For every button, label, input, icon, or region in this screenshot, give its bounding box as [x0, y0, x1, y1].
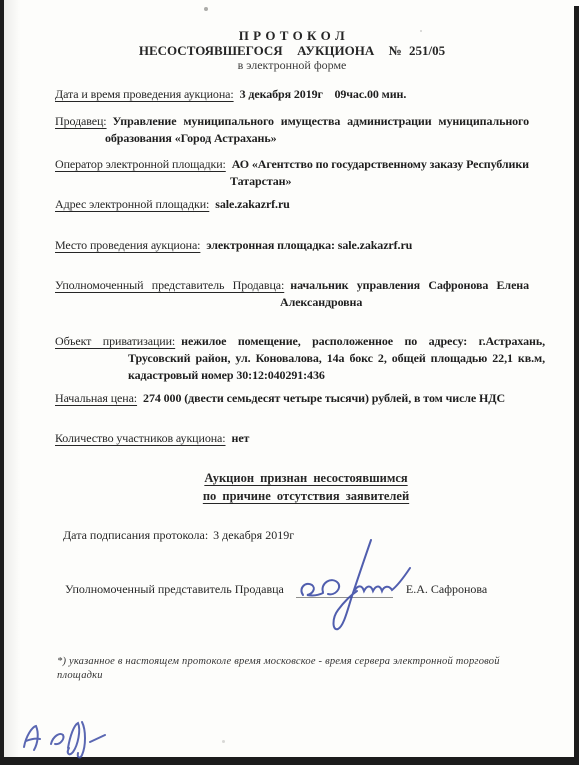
field-value: начальник управления Сафронова Елена Але…	[280, 278, 529, 309]
field-label: Объект приватизации:	[55, 334, 175, 348]
field-value: Управление муниципального имущества адми…	[105, 114, 529, 145]
title-electronic-form: в электронной форме	[55, 58, 529, 73]
field-auction-place: Место проведения аукциона:электронная пл…	[55, 237, 529, 254]
resolution-line-1: Аукцион признан несостоявшимся	[69, 469, 543, 487]
document-page: П Р О Т О К О Л НЕСОСТОЯВШЕГОСЯ АУКЦИОНА…	[0, 0, 579, 765]
field-label: Дата подписания протокола:	[63, 528, 208, 542]
field-label: Количество участников аукциона:	[55, 431, 226, 445]
field-value: sale.zakazrf.ru	[215, 197, 289, 211]
auction-resolution: Аукцион признан несостоявшимся по причин…	[69, 469, 543, 505]
field-seller: Продавец:Управление муниципального имуще…	[55, 113, 529, 147]
resolution-line-2: по причине отсутствия заявителей	[69, 487, 543, 505]
field-auction-datetime: Дата и время проведения аукциона:3 декаб…	[55, 86, 529, 103]
field-label: Место проведения аукциона:	[55, 238, 200, 252]
handwritten-signature-icon	[293, 538, 423, 633]
field-platform-operator: Оператор электронной площадки:АО «Агентс…	[55, 156, 529, 190]
field-platform-address: Адрес электронной площадки:sale.zakazrf.…	[55, 196, 529, 213]
field-seller-representative: Уполномоченный представитель Продавца:на…	[55, 277, 529, 311]
field-label: Продавец:	[55, 114, 107, 128]
field-label: Начальная цена:	[55, 391, 137, 405]
footnote-moscow-time: *) указанное в настоящем протоколе время…	[57, 655, 529, 683]
field-privatization-object: Объект приватизации:нежилое помещение, р…	[55, 333, 545, 384]
signature-role-label: Уполномоченный представитель Продавца	[65, 581, 284, 598]
title-protocol: П Р О Т О К О Л	[55, 28, 529, 43]
field-label: Дата и время проведения аукциона:	[55, 87, 234, 101]
field-label: Адрес электронной площадки:	[55, 197, 209, 211]
field-value: 3 декабря 2019г	[213, 528, 294, 542]
scan-gutter-shadow	[4, 0, 20, 757]
field-label: Оператор электронной площадки:	[55, 157, 226, 171]
field-value: электронная площадка: sale.zakazrf.ru	[206, 238, 412, 252]
field-participants-count: Количество участников аукциона:нет	[55, 430, 529, 447]
field-value: нет	[232, 431, 250, 445]
field-value: 3 декабря 2019г 09час.00 мин.	[240, 87, 407, 101]
field-starting-price: Начальная цена:274 000 (двести семьдесят…	[55, 390, 545, 407]
page-edge-left	[0, 0, 4, 765]
field-label: Уполномоченный представитель Продавца:	[55, 278, 284, 292]
title-auction-number: НЕСОСТОЯВШЕГОСЯ АУКЦИОНА № 251/05	[55, 43, 529, 58]
signature-row: Уполномоченный представитель Продавца Е.…	[55, 581, 529, 598]
field-value: 274 000 (двести семьдесят четыре тысячи)…	[143, 391, 505, 405]
document-content: П Р О Т О К О Л НЕСОСТОЯВШЕГОСЯ АУКЦИОНА…	[55, 0, 529, 683]
field-value: нежилое помещение, расположенное по адре…	[128, 334, 545, 382]
field-signing-date: Дата подписания протокола:3 декабря 2019…	[55, 527, 529, 544]
document-title: П Р О Т О К О Л НЕСОСТОЯВШЕГОСЯ АУКЦИОНА…	[55, 28, 529, 73]
scanned-protocol-screenshot: { "title": { "line1": "П Р О Т О К О Л",…	[0, 0, 579, 765]
page-edge-right	[574, 6, 579, 765]
field-value: АО «Агентство по государственному заказу…	[230, 157, 529, 188]
scan-speck	[222, 740, 225, 743]
handwritten-note-icon	[18, 714, 118, 764]
